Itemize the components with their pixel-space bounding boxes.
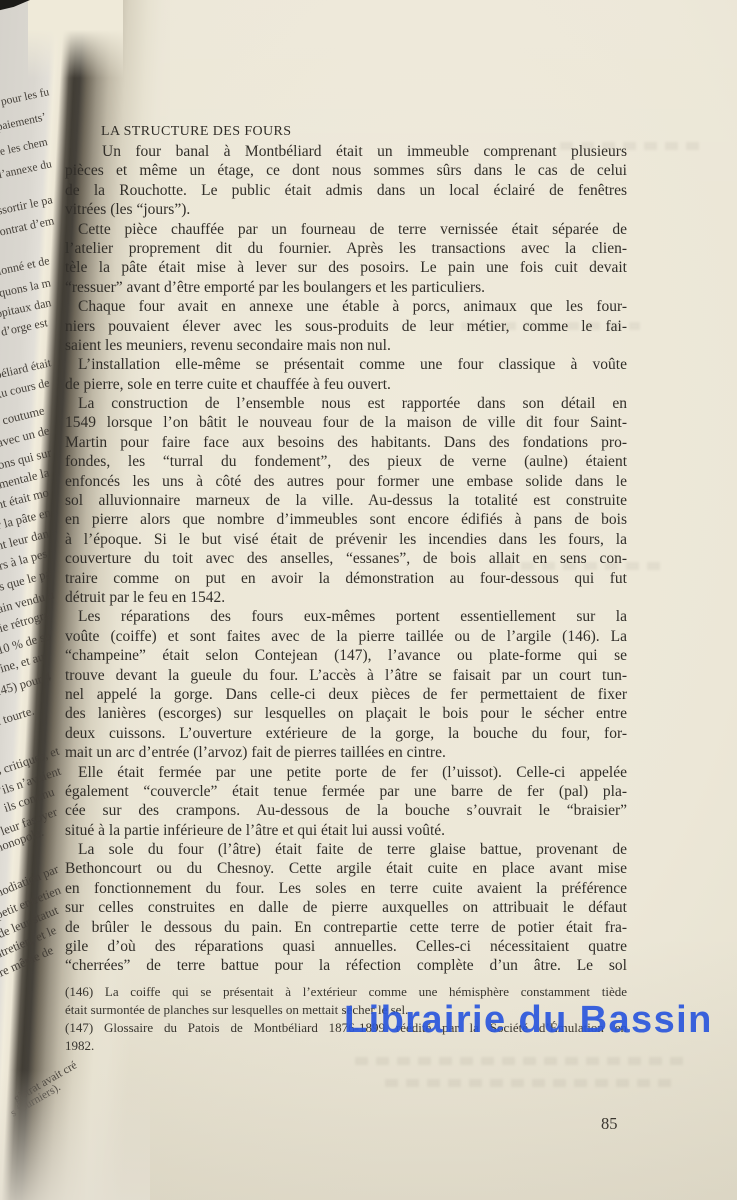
body-line: pièces et même un étage, ce dont nous so… [65, 161, 627, 180]
body-line: fondes, les “turral du fondement”, des p… [65, 452, 627, 471]
body-line: voûte (coiffe) et sont faites avec de la… [65, 627, 627, 646]
body-line: l’atelier proprement dit du fournier. Ap… [65, 239, 627, 258]
edge-text-fragment: la tourte. [0, 704, 36, 731]
body-line: des lanières (escorges) sur lesquelles o… [65, 704, 627, 723]
paragraph: La sole du four (l’âtre) était faite de … [65, 840, 627, 976]
bleed-through-mark [355, 1057, 685, 1065]
body-line: Bethoncourt ou du Chesnoy. Cette argile … [65, 859, 627, 878]
body-line: gile d’où des réparations quasi annuelle… [65, 937, 627, 956]
body-line: nel appelé la gorge. Dans celle-ci deux … [65, 685, 627, 704]
body-line: Chaque four avait en annexe une étable à… [65, 297, 627, 316]
paragraph: Elle était fermée par une petite porte d… [65, 763, 627, 841]
gutter-bottom-fade [0, 1070, 150, 1200]
body-line: Un four banal à Montbéliard était un imm… [65, 142, 627, 161]
paragraph: Chaque four avait en annexe une étable à… [65, 297, 627, 355]
body-line: Elle était fermée par une petite porte d… [65, 763, 627, 782]
body-line: La sole du four (l’âtre) était faite de … [65, 840, 627, 859]
body-line: à l’époque. Si le but visé était de prév… [65, 530, 627, 549]
body-line: de pierre, sole en terre cuite et chauff… [65, 375, 627, 394]
body-line: “ressuer” avant d’être emporté par les b… [65, 278, 627, 297]
paragraph: Les réparations des fours eux-mêmes port… [65, 607, 627, 762]
page-text-column: LA STRUCTURE DES FOURS Un four banal à M… [65, 122, 627, 1055]
paragraph: Cette pièce chauffée par un fourneau de … [65, 220, 627, 298]
body-line: deux cuissons. L’ouverture extérieure de… [65, 724, 627, 743]
paragraph: La construction de l’ensemble nous est r… [65, 394, 627, 607]
body-line: de la Rouchotte. Le public était admis d… [65, 181, 627, 200]
body-line: vitrées (les “jours”). [65, 200, 627, 219]
edge-text-fragment: ue les chem [0, 136, 48, 159]
paragraph: L’installation elle-même se présentait c… [65, 355, 627, 394]
bookseller-watermark: Librairie du Bassin [344, 1001, 713, 1039]
bleed-through-mark [385, 1079, 675, 1087]
body-line: en pierre alors que nombre d’immeubles s… [65, 510, 627, 529]
body-line: L’installation elle-même se présentait c… [65, 355, 627, 374]
body-line: situé à la partie inférieure de l’âtre e… [65, 821, 627, 840]
section-title: LA STRUCTURE DES FOURS [65, 122, 627, 142]
body-paragraphs: Un four banal à Montbéliard était un imm… [65, 142, 627, 976]
edge-text-fragment: contrat d’em [0, 213, 56, 240]
body-line: de brûler le dessous du pain. En contrep… [65, 918, 627, 937]
page-number: 85 [601, 1114, 618, 1134]
body-line: Les réparations des fours eux-mêmes port… [65, 607, 627, 626]
body-line: cée sur des crampons. Au-dessous de la b… [65, 801, 627, 820]
body-line: La construction de l’ensemble nous est r… [65, 394, 627, 413]
paragraph: Un four banal à Montbéliard était un imm… [65, 142, 627, 220]
body-line: couverture du toit avec des anselles, “e… [65, 549, 627, 568]
edge-text-fragment: s paiements’ [0, 111, 47, 135]
body-line: en fonctionnement du four. Les soles en … [65, 879, 627, 898]
body-line: niers pouvaient élever avec les sous-pro… [65, 317, 627, 336]
body-line: Cette pièce chauffée par un fourneau de … [65, 220, 627, 239]
body-line: enfoncés les uns à côté des autres pour … [65, 472, 627, 491]
body-line: “cherrées” de terre battue pour la réfec… [65, 956, 627, 975]
body-line: tèle la pâte était mise à lever sur des … [65, 258, 627, 277]
body-line: sur celles construites en dalle de pierr… [65, 898, 627, 917]
edge-text-fragment: 8 pour les fu [0, 86, 50, 110]
book-page-photo: 8 pour les fus paiements’ue les chems l’… [0, 0, 737, 1200]
body-line: détruit par le feu en 1542. [65, 588, 627, 607]
body-line: trouve devant la gueule du four. L’accès… [65, 666, 627, 685]
body-line: sol alluvionnaire marneux de la ville. A… [65, 491, 627, 510]
body-line: Martin pour faire face aux besoins des h… [65, 433, 627, 452]
body-line: également “couvercle” était tenue fermée… [65, 782, 627, 801]
body-line: “champeine” était selon Contejean (147),… [65, 646, 627, 665]
edge-text-fragment: s l’annexe du [0, 158, 52, 182]
body-line: mait un arc d’entrée (l’arvoz) fait de p… [65, 743, 627, 762]
body-line: saient les meuniers, revenu secondaire m… [65, 336, 627, 355]
body-line: 1549 lorsque l’on bâtit le nouveau four … [65, 413, 627, 432]
body-line: traire comme on put en avoir la démonstr… [65, 569, 627, 588]
